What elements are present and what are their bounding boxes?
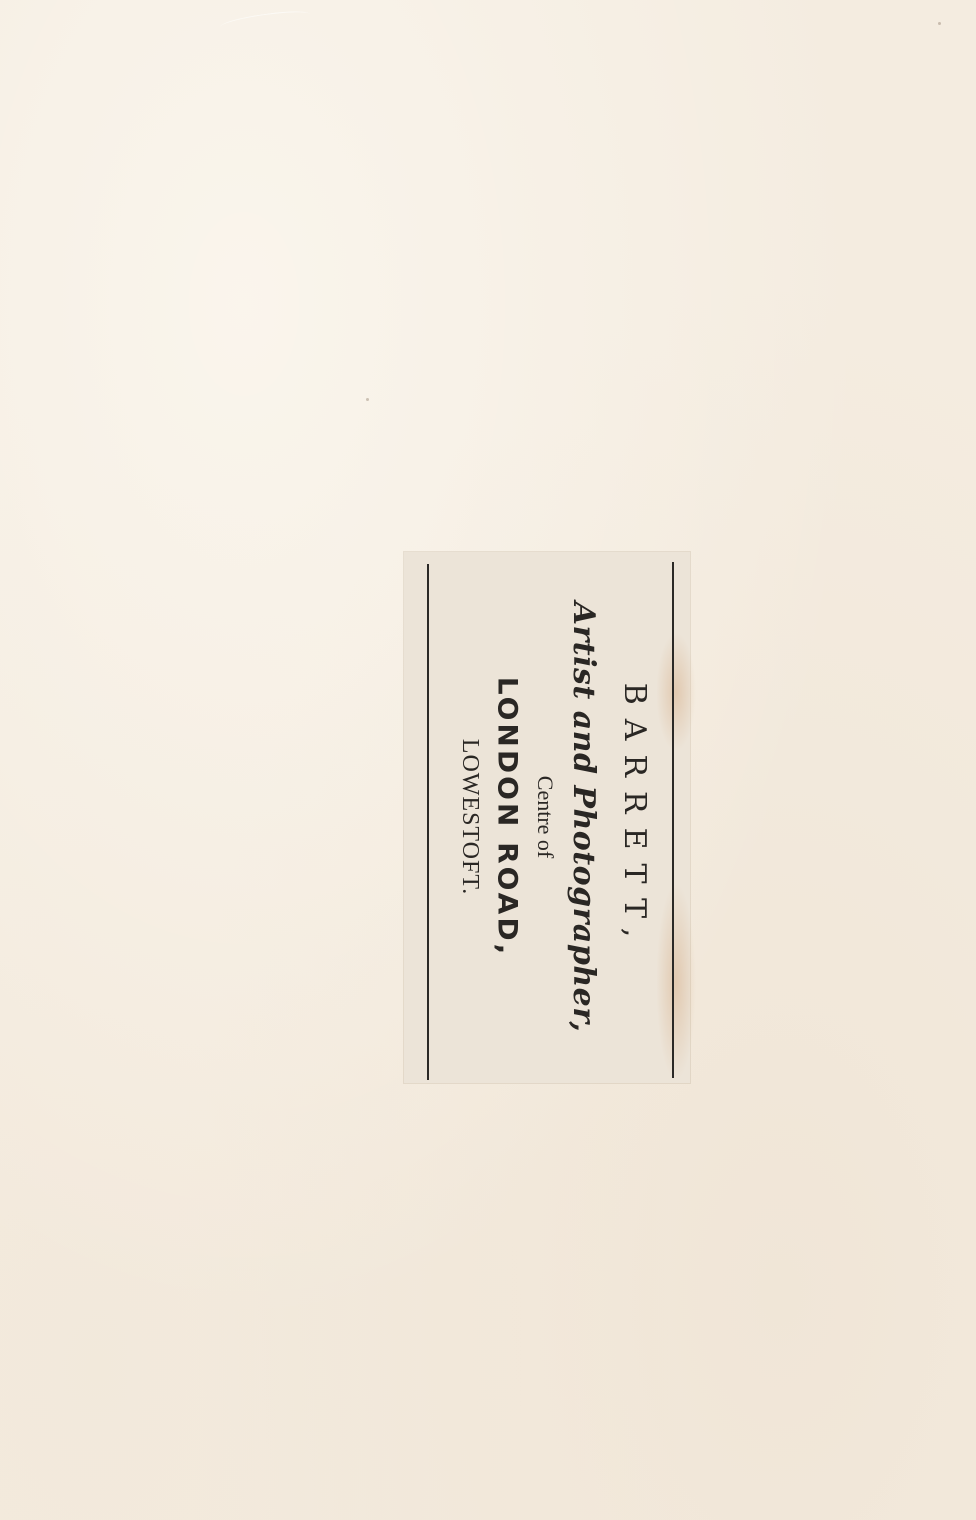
photographer-label: BARRETT, Artist and Photographer, Centre… (404, 552, 690, 1083)
photographer-name: BARRETT, (612, 683, 656, 952)
paper-speck (938, 22, 941, 25)
town-name: LOWESTOFT. (456, 739, 484, 895)
location-prefix: Centre of (532, 776, 558, 858)
street-address: LONDON ROAD, (487, 677, 527, 957)
paper-crease (220, 8, 311, 33)
photographer-trade: Artist and Photographer, (560, 602, 606, 1033)
label-text: BARRETT, Artist and Photographer, Centre… (404, 552, 690, 1082)
paper-speck (366, 398, 369, 401)
card-back: BARRETT, Artist and Photographer, Centre… (0, 0, 976, 1520)
